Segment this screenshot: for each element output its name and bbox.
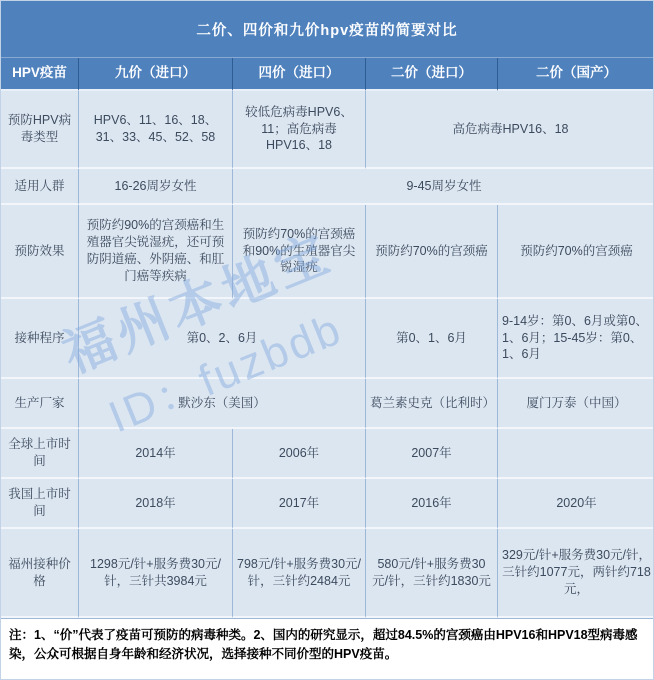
table-cell: 默沙东（美国） <box>79 379 366 429</box>
table-cell: 2016年 <box>366 479 498 529</box>
table-cell-empty <box>498 429 654 479</box>
table-cell: 2007年 <box>366 429 498 479</box>
vaccine-comparison-table: 二价、四价和九价hpv疫苗的简要对比 HPV疫苗 九价（进口） 四价（进口） 二… <box>0 0 654 680</box>
row-label: 预防HPV病毒类型 <box>1 91 79 169</box>
table-row-applicable-group: 适用人群 16-26周岁女性 9-45周岁女性 <box>1 169 653 205</box>
table-row-prevention-effect: 预防效果 预防约90%的宫颈癌和生殖器官尖锐湿疣，还可预防阴道癌、外阴癌、和肛门… <box>1 205 653 299</box>
table-row-fuzhou-price: 福州接种价格 1298元/针+服务费30元/针，三针共3984元 798元/针+… <box>1 529 653 618</box>
table-cell: HPV6、11、16、18、31、33、45、52、58 <box>79 91 233 169</box>
table-row-global-launch: 全球上市时间 2014年 2006年 2007年 <box>1 429 653 479</box>
table-cell: 1298元/针+服务费30元/针，三针共3984元 <box>79 529 233 618</box>
footnote: 注：1、“价”代表了疫苗可预防的病毒种类。2、国内的研究显示，超过84.5%的宫… <box>1 618 653 680</box>
row-label: 全球上市时间 <box>1 429 79 479</box>
table-cell: 2017年 <box>233 479 366 529</box>
row-label: 适用人群 <box>1 169 79 205</box>
table-cell: 16-26周岁女性 <box>79 169 233 205</box>
table-row-virus-types: 预防HPV病毒类型 HPV6、11、16、18、31、33、45、52、58 较… <box>1 91 653 169</box>
table-cell: 580元/针+服务费30元/针，三针约1830元 <box>366 529 498 618</box>
table-title: 二价、四价和九价hpv疫苗的简要对比 <box>1 1 653 58</box>
table-cell: 葛兰素史克（比利时） <box>366 379 498 429</box>
table-cell: 2014年 <box>79 429 233 479</box>
row-label: 生产厂家 <box>1 379 79 429</box>
table-cell: 高危病毒HPV16、18 <box>366 91 654 169</box>
table-cell: 预防约90%的宫颈癌和生殖器官尖锐湿疣，还可预防阴道癌、外阴癌、和肛门癌等疾病 <box>79 205 233 299</box>
table-cell: 第0、2、6月 <box>79 299 366 379</box>
table-cell: 较低危病毒HPV6、11；高危病毒HPV16、18 <box>233 91 366 169</box>
header-row: HPV疫苗 九价（进口） 四价（进口） 二价（进口） 二价（国产） <box>1 58 653 91</box>
table-cell: 329元/针+服务费30元/针，三针约1077元，两针约718元， <box>498 529 654 618</box>
table-row-schedule: 接种程序 第0、2、6月 第0、1、6月 9-14岁：第0、6月或第0、1、6月… <box>1 299 653 379</box>
table-cell: 厦门万泰（中国） <box>498 379 654 429</box>
row-label: 预防效果 <box>1 205 79 299</box>
column-header-hpv-vaccine: HPV疫苗 <box>1 58 79 91</box>
table-row-china-launch: 我国上市时间 2018年 2017年 2016年 2020年 <box>1 479 653 529</box>
table-cell: 2018年 <box>79 479 233 529</box>
table-cell: 第0、1、6月 <box>366 299 498 379</box>
table-cell: 预防约70%的宫颈癌和90%的生殖器官尖锐湿疣 <box>233 205 366 299</box>
table-cell: 798元/针+服务费30元/针，三针约2484元 <box>233 529 366 618</box>
column-header-2-valent-imported: 二价（进口） <box>366 58 498 91</box>
table-cell: 9-45周岁女性 <box>233 169 654 205</box>
table-cell: 预防约70%的宫颈癌 <box>498 205 654 299</box>
row-label: 我国上市时间 <box>1 479 79 529</box>
column-header-4-valent: 四价（进口） <box>233 58 366 91</box>
table-cell: 2006年 <box>233 429 366 479</box>
table-row-manufacturer: 生产厂家 默沙东（美国） 葛兰素史克（比利时） 厦门万泰（中国） <box>1 379 653 429</box>
row-label: 接种程序 <box>1 299 79 379</box>
table-cell: 9-14岁：第0、6月或第0、1、6月；15-45岁：第0、1、6月 <box>498 299 654 379</box>
column-header-9-valent: 九价（进口） <box>79 58 233 91</box>
table-cell: 预防约70%的宫颈癌 <box>366 205 498 299</box>
table-cell: 2020年 <box>498 479 654 529</box>
column-header-2-valent-domestic: 二价（国产） <box>498 58 654 91</box>
row-label: 福州接种价格 <box>1 529 79 618</box>
